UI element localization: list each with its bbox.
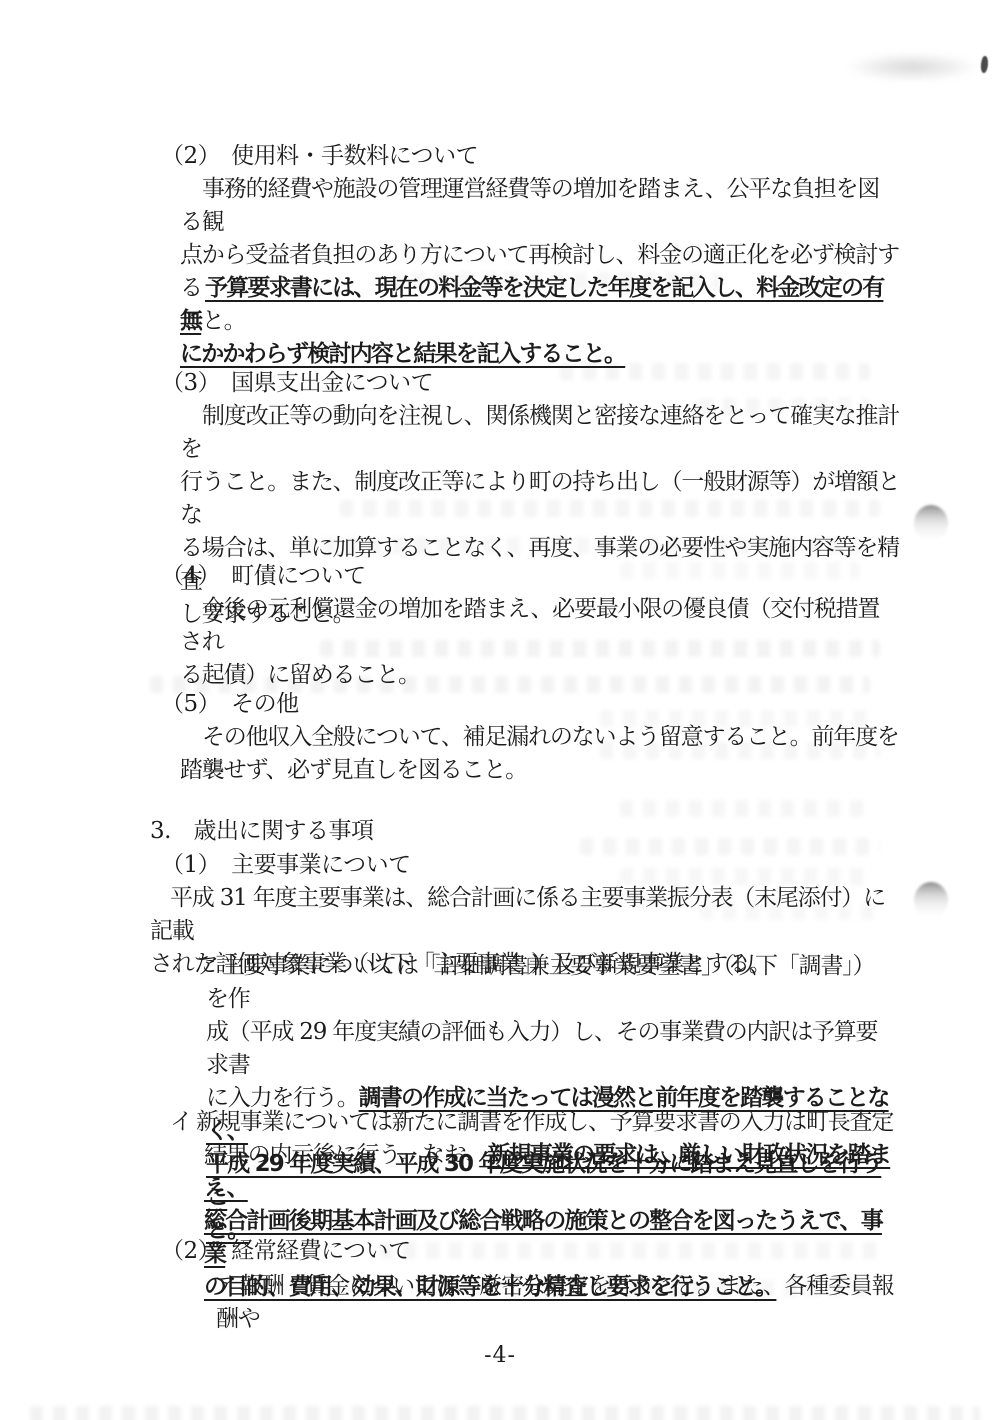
underlined-directive-text: 予算要求書には、現在の料金等を決定した年度を記入し、料金改定の有無 にかかわらず…	[180, 275, 883, 367]
section-5-paragraph: その他収入全般について、補足漏れのないよう留意すること。前年度を 踏襲せず、必ず…	[180, 721, 900, 787]
section-5-heading: （5） その他	[161, 688, 299, 721]
section-2-directive: 予算要求書には、現在の料金等を決定した年度を記入し、料金改定の有無 にかかわらず…	[180, 272, 900, 371]
bleedthrough-smudge	[580, 838, 880, 855]
section-4-paragraph: 今後の元利償還金の増加を踏まえ、必要最小限の優良債（交付税措置され る起債）に留…	[180, 593, 900, 692]
page-number: -4-	[0, 1343, 1000, 1368]
item-a2-marker: ア	[190, 1270, 237, 1303]
item-a-remuneration: ア報酬・賃金については、厳密な算定を行うこと。また、各種委員報酬や	[216, 1270, 906, 1336]
punch-hole-top	[914, 505, 948, 542]
section-2-heading: （2） 使用料・手数料について	[161, 140, 478, 173]
chapter-3-heading: 3. 歳出に関する事項	[150, 815, 373, 848]
subsection-1-heading: （1） 主要事業について	[161, 849, 411, 882]
bleedthrough-smudge	[620, 800, 870, 817]
ink-speck	[980, 56, 989, 74]
scanned-document-page: （2） 使用料・手数料について 事務的経費や施設の管理運営経費等の増加を踏まえ、…	[0, 0, 1000, 1420]
section-3-heading: （3） 国県支出金について	[161, 367, 433, 400]
item-a2-text: 報酬・賃金については、厳密な算定を行うこと。また、各種委員報酬や	[216, 1273, 894, 1332]
subsection-2-heading: （2） 経常経費について	[161, 1235, 411, 1268]
punch-hole-bottom	[914, 882, 948, 919]
item-i-marker: イ	[178, 1106, 193, 1139]
bleedthrough-smudge	[30, 1406, 980, 1420]
scan-smudge	[845, 52, 980, 82]
item-a-marker: ア	[180, 950, 219, 983]
section-4-heading: （4） 町債について	[161, 560, 366, 593]
